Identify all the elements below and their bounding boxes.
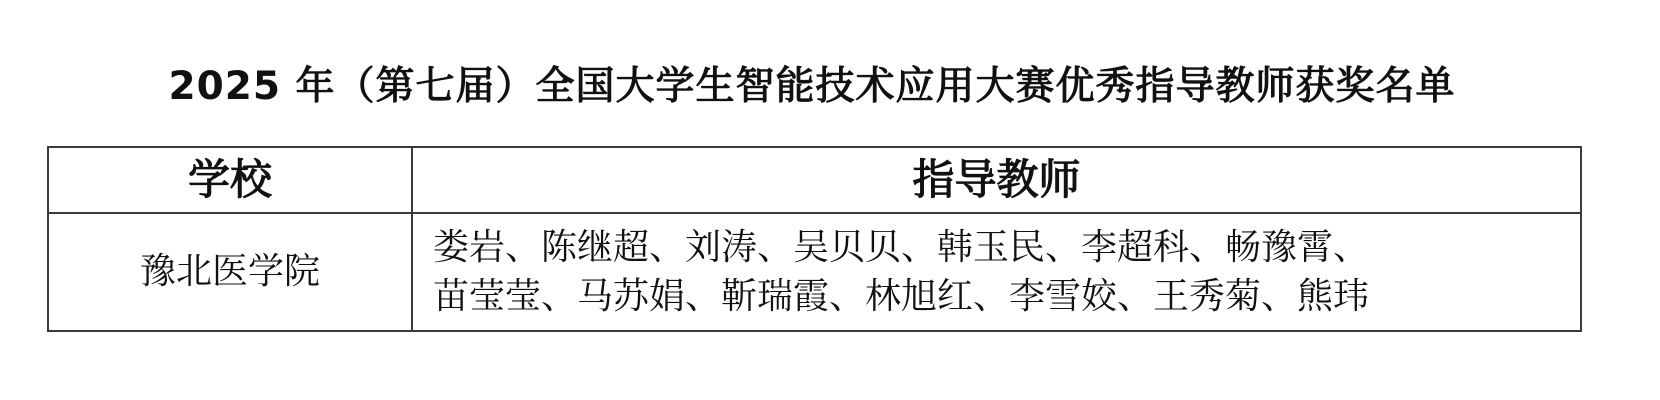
cell-school-name: 豫北医学院 bbox=[48, 213, 412, 331]
table-row: 豫北医学院 娄岩、陈继超、刘涛、吴贝贝、韩玉民、李超科、畅豫霄、 苗莹莹、马苏娟… bbox=[48, 213, 1581, 331]
teacher-names-line-1: 娄岩、陈继超、刘涛、吴贝贝、韩玉民、李超科、畅豫霄、 bbox=[433, 223, 1572, 272]
cell-teacher-names: 娄岩、陈继超、刘涛、吴贝贝、韩玉民、李超科、畅豫霄、 苗莹莹、马苏娟、靳瑞霞、林… bbox=[412, 213, 1581, 331]
document-title-container: 2025 年（第七届）全国大学生智能技术应用大赛优秀指导教师获奖名单 bbox=[0, 62, 1660, 112]
header-teachers: 指导教师 bbox=[412, 147, 1581, 213]
document-title: 2025 年（第七届）全国大学生智能技术应用大赛优秀指导教师获奖名单 bbox=[168, 62, 1455, 112]
award-list-table: 学校 指导教师 豫北医学院 娄岩、陈继超、刘涛、吴贝贝、韩玉民、李超科、畅豫霄、… bbox=[47, 146, 1582, 332]
teacher-names-line-2: 苗莹莹、马苏娟、靳瑞霞、林旭红、李雪姣、王秀菊、熊玮 bbox=[433, 272, 1572, 321]
header-school: 学校 bbox=[48, 147, 412, 213]
table-header-row: 学校 指导教师 bbox=[48, 147, 1581, 213]
